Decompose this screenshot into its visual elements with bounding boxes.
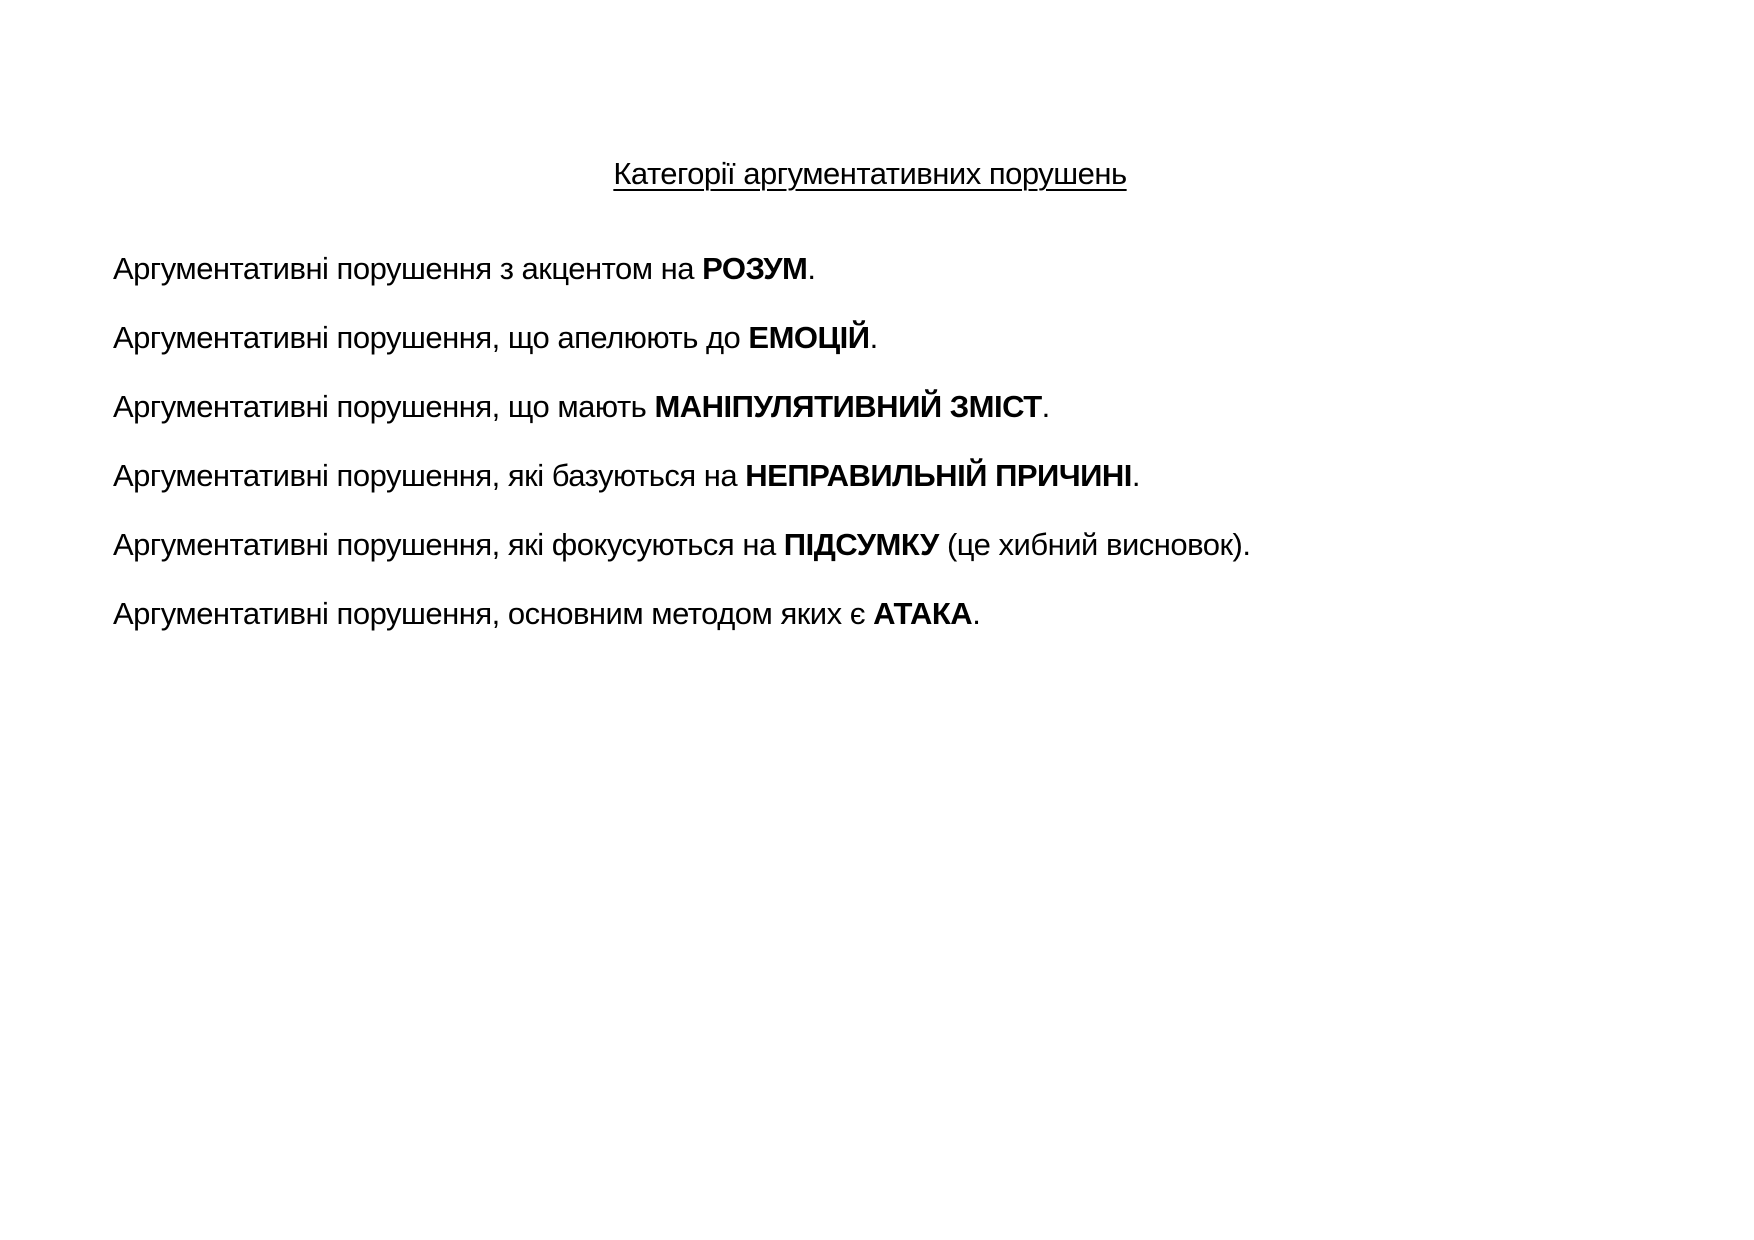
line-suffix: (це хибний висновок). [939, 527, 1251, 562]
line-text: Аргументативні порушення з акцентом на [113, 251, 702, 286]
category-line-manipulative: Аргументативні порушення, що мають МАНІП… [113, 390, 1250, 459]
category-line-emotions: Аргументативні порушення, що апелюють до… [113, 321, 1250, 390]
line-text: Аргументативні порушення, що мають [113, 389, 654, 424]
line-text: Аргументативні порушення, які фокусуютьс… [113, 527, 784, 562]
category-line-conclusion: Аргументативні порушення, які фокусуютьс… [113, 528, 1250, 597]
line-suffix: . [1042, 389, 1050, 424]
line-emphasis: АТАКА [873, 596, 972, 631]
category-line-false-cause: Аргументативні порушення, які базуються … [113, 459, 1250, 528]
category-list: Аргументативні порушення з акцентом на Р… [113, 252, 1250, 666]
line-suffix: . [807, 251, 815, 286]
line-text: Аргументативні порушення, що апелюють до [113, 320, 748, 355]
line-suffix: . [1132, 458, 1140, 493]
line-emphasis: РОЗУМ [702, 251, 807, 286]
document-title: Категорії аргументативних порушень [0, 156, 1747, 192]
line-emphasis: ПІДСУМКУ [784, 527, 939, 562]
line-text: Аргументативні порушення, основним метод… [113, 596, 873, 631]
line-emphasis: ЕМОЦІЙ [748, 320, 869, 355]
line-suffix: . [972, 596, 980, 631]
category-line-reason: Аргументативні порушення з акцентом на Р… [113, 252, 1250, 321]
line-emphasis: МАНІПУЛЯТИВНИЙ ЗМІСТ [654, 389, 1041, 424]
category-line-attack: Аргументативні порушення, основним метод… [113, 597, 1250, 666]
line-emphasis: НЕПРАВИЛЬНІЙ ПРИЧИНІ [745, 458, 1132, 493]
line-suffix: . [870, 320, 878, 355]
line-text: Аргументативні порушення, які базуються … [113, 458, 745, 493]
